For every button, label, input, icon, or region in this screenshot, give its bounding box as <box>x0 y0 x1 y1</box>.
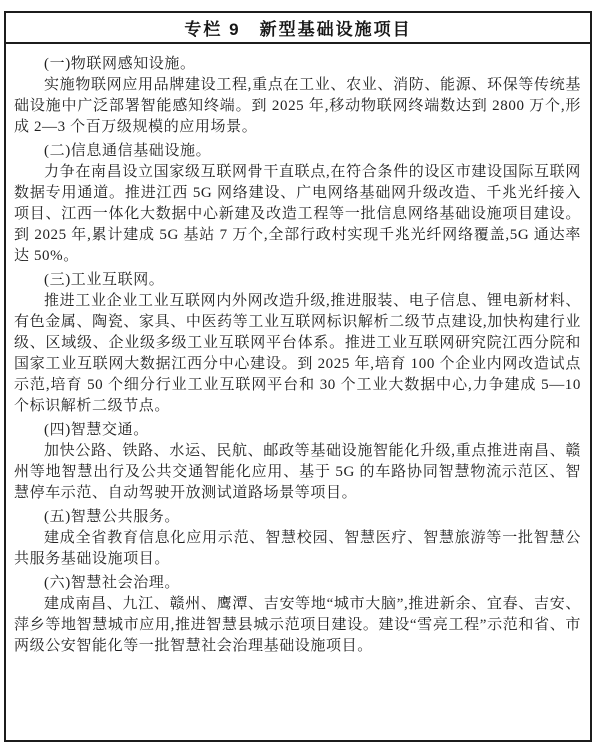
document-page: 专栏 9 新型基础设施项目 (一)物联网感知设施。 实施物联网应用品牌建设工程,… <box>0 0 598 754</box>
section-heading: (三)工业互联网。 <box>14 270 581 291</box>
section-paragraph: 推进工业企业工业互联网内外网改造升级,推进服装、电子信息、锂电新材料、有色金属、… <box>14 291 581 417</box>
section-industrial-internet: (三)工业互联网。 推进工业企业工业互联网内外网改造升级,推进服装、电子信息、锂… <box>14 270 581 417</box>
section-smart-transport: (四)智慧交通。 加快公路、铁路、水运、民航、邮政等基础设施智能化升级,重点推进… <box>14 420 581 504</box>
section-paragraph: 建成全省教育信息化应用示范、智慧校园、智慧医疗、智慧旅游等一批智慧公共服务基础设… <box>14 528 581 570</box>
box-title: 专栏 9 新型基础设施项目 <box>6 13 590 44</box>
section-paragraph: 加快公路、铁路、水运、民航、邮政等基础设施智能化升级,重点推进南昌、赣州等地智慧… <box>14 441 581 504</box>
section-paragraph: 力争在南昌设立国家级互联网骨干直联点,在符合条件的设区市建设国际互联网数据专用通… <box>14 162 581 267</box>
section-heading: (五)智慧公共服务。 <box>14 507 581 528</box>
section-info-communication: (二)信息通信基础设施。 力争在南昌设立国家级互联网骨干直联点,在符合条件的设区… <box>14 141 581 267</box>
section-heading: (四)智慧交通。 <box>14 420 581 441</box>
section-paragraph: 实施物联网应用品牌建设工程,重点在工业、农业、消防、能源、环保等传统基础设施中广… <box>14 75 581 138</box>
section-smart-social-governance: (六)智慧社会治理。 建成南昌、九江、赣州、鹰潭、吉安等地“城市大脑”,推进新余… <box>14 573 581 657</box>
section-iot-sensing: (一)物联网感知设施。 实施物联网应用品牌建设工程,重点在工业、农业、消防、能源… <box>14 54 581 138</box>
section-smart-public-service: (五)智慧公共服务。 建成全省教育信息化应用示范、智慧校园、智慧医疗、智慧旅游等… <box>14 507 581 570</box>
section-paragraph: 建成南昌、九江、赣州、鹰潭、吉安等地“城市大脑”,推进新余、宜春、吉安、萍乡等地… <box>14 594 581 657</box>
section-heading: (六)智慧社会治理。 <box>14 573 581 594</box>
column-box: 专栏 9 新型基础设施项目 (一)物联网感知设施。 实施物联网应用品牌建设工程,… <box>4 11 592 742</box>
section-heading: (二)信息通信基础设施。 <box>14 141 581 162</box>
section-heading: (一)物联网感知设施。 <box>14 54 581 75</box>
box-content: (一)物联网感知设施。 实施物联网应用品牌建设工程,重点在工业、农业、消防、能源… <box>6 44 590 657</box>
